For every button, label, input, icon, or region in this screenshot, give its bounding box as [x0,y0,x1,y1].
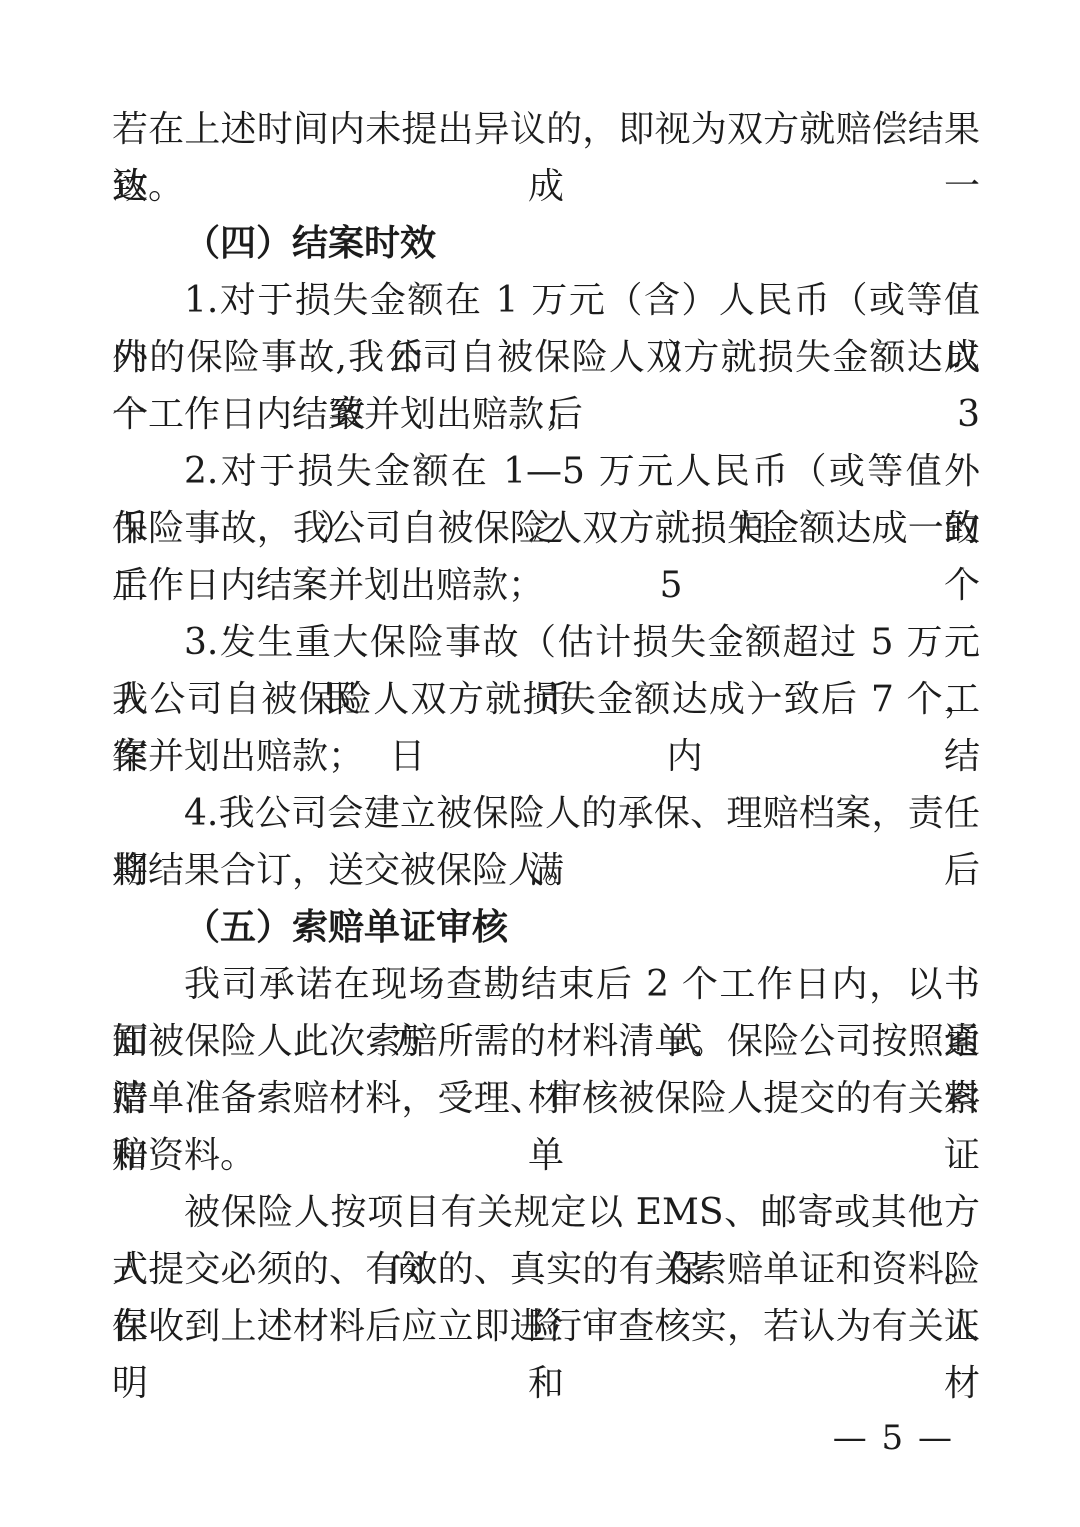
list-item-3-line: 3.发生重大保险事故（估计损失金额超过 5 万元人民币）， [112,614,980,671]
text-line: 在收到上述材料后应立即进行审查核实，若认为有关证明和材 [112,1298,980,1355]
text-line: 我公司自被保险人双方就损失金额达成一致后 7 个工作日内结 [112,671,980,728]
text-line: 知被保险人此次索赔所需的材料清单。保险公司按照索赔材料 [112,1013,980,1070]
section-heading-4: （四）结案时效 [112,215,980,272]
document-body: 若在上述时间内未提出异议的，即视为双方就赔偿结果达成一 致。 （四）结案时效 1… [112,101,980,1355]
paragraph-line: 被保险人按项目有关规定以 EMS、邮寄或其他方式向保险 [112,1184,980,1241]
text-line: 清单准备索赔材料，受理、审核被保险人提交的有关索赔单证 [112,1070,980,1127]
document-page: 若在上述时间内未提出异议的，即视为双方就赔偿结果达成一 致。 （四）结案时效 1… [0,0,1080,1527]
list-item-2-line: 2.对于损失金额在 1—5 万元人民币（或等值外币）之间的 [112,443,980,500]
section-heading-5: （五）索赔单证审核 [112,899,980,956]
page-number: — 5 — [833,1418,954,1458]
text-line: 人提交必须的、有效的、真实的有关索赔单证和资料。保险人 [112,1241,980,1298]
text-line: 内的保险事故,我公司自被保险人双方就损失金额达成一致后 3 [112,329,980,386]
text-line: 若在上述时间内未提出异议的，即视为双方就赔偿结果达成一 [112,101,980,158]
list-item-4-line: 4.我公司会建立被保险人的承保、理赔档案，责任期满后 [112,785,980,842]
text-line: 保险事故，我公司自被保险人双方就损失金额达成一致后 5 个 [112,500,980,557]
list-item-1-line: 1.对于损失金额在 1 万元（含）人民币（或等值外币）以 [112,272,980,329]
paragraph-line: 我司承诺在现场查勘结束后 2 个工作日内，以书面方式通 [112,956,980,1013]
